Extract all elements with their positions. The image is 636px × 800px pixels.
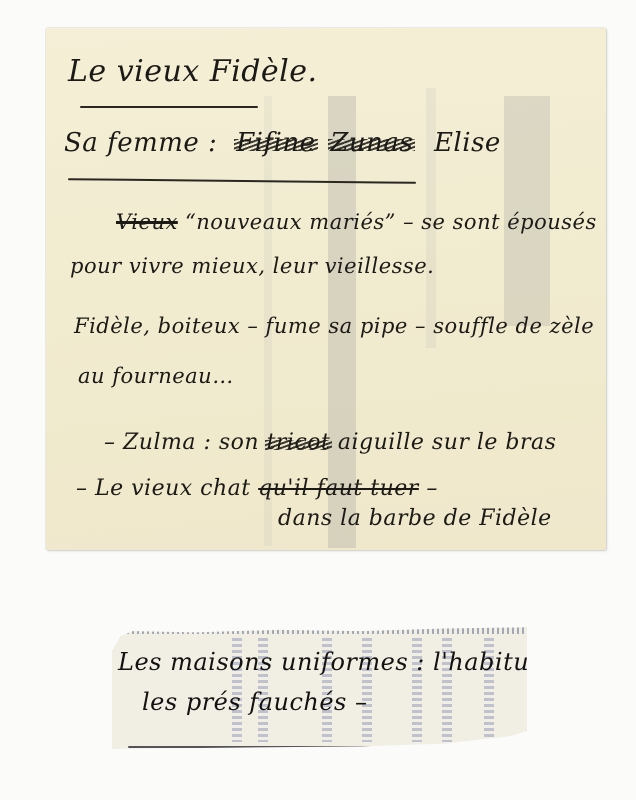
strip-rule (128, 746, 488, 748)
note-title: Le vieux Fidèle. (68, 54, 318, 89)
wife-name: Elise (434, 128, 501, 158)
note-line: dans la barbe de Fidèle (278, 506, 552, 531)
note-line: – Le vieux chat qu'il faut tuer – (76, 476, 438, 501)
section-divider (68, 178, 416, 183)
perforated-edge (112, 626, 527, 634)
struck-word: Fifine (236, 128, 315, 158)
note-line: – Zulma : son tricot aiguille sur le bra… (104, 430, 556, 455)
strip-line: Les maisons uniformes : l'habitude (118, 648, 560, 676)
strip-line: les prés fauchés – (142, 688, 368, 716)
manuscript-strip: Les maisons uniformes : l'habitude les p… (112, 626, 527, 754)
title-underline (80, 106, 258, 108)
struck-word: tricot (267, 430, 331, 455)
note-line-wife: Sa femme : Fifine Zunas Elise (64, 128, 501, 158)
manuscript-sheet-main: Le vieux Fidèle. Sa femme : Fifine Zunas… (46, 28, 606, 550)
note-line: au fourneau… (78, 364, 234, 388)
struck-word: Vieux (116, 210, 178, 234)
note-line: pour vivre mieux, leur vieillesse. (70, 254, 434, 278)
struck-word: Zunas (330, 128, 413, 158)
note-line: Fidèle, boiteux – fume sa pipe – souffle… (74, 314, 594, 338)
struck-word: qu'il faut tuer (258, 476, 419, 501)
wife-label: Sa femme : (64, 128, 217, 158)
note-line: Vieux “nouveaux mariés” – se sont épousé… (116, 210, 597, 234)
